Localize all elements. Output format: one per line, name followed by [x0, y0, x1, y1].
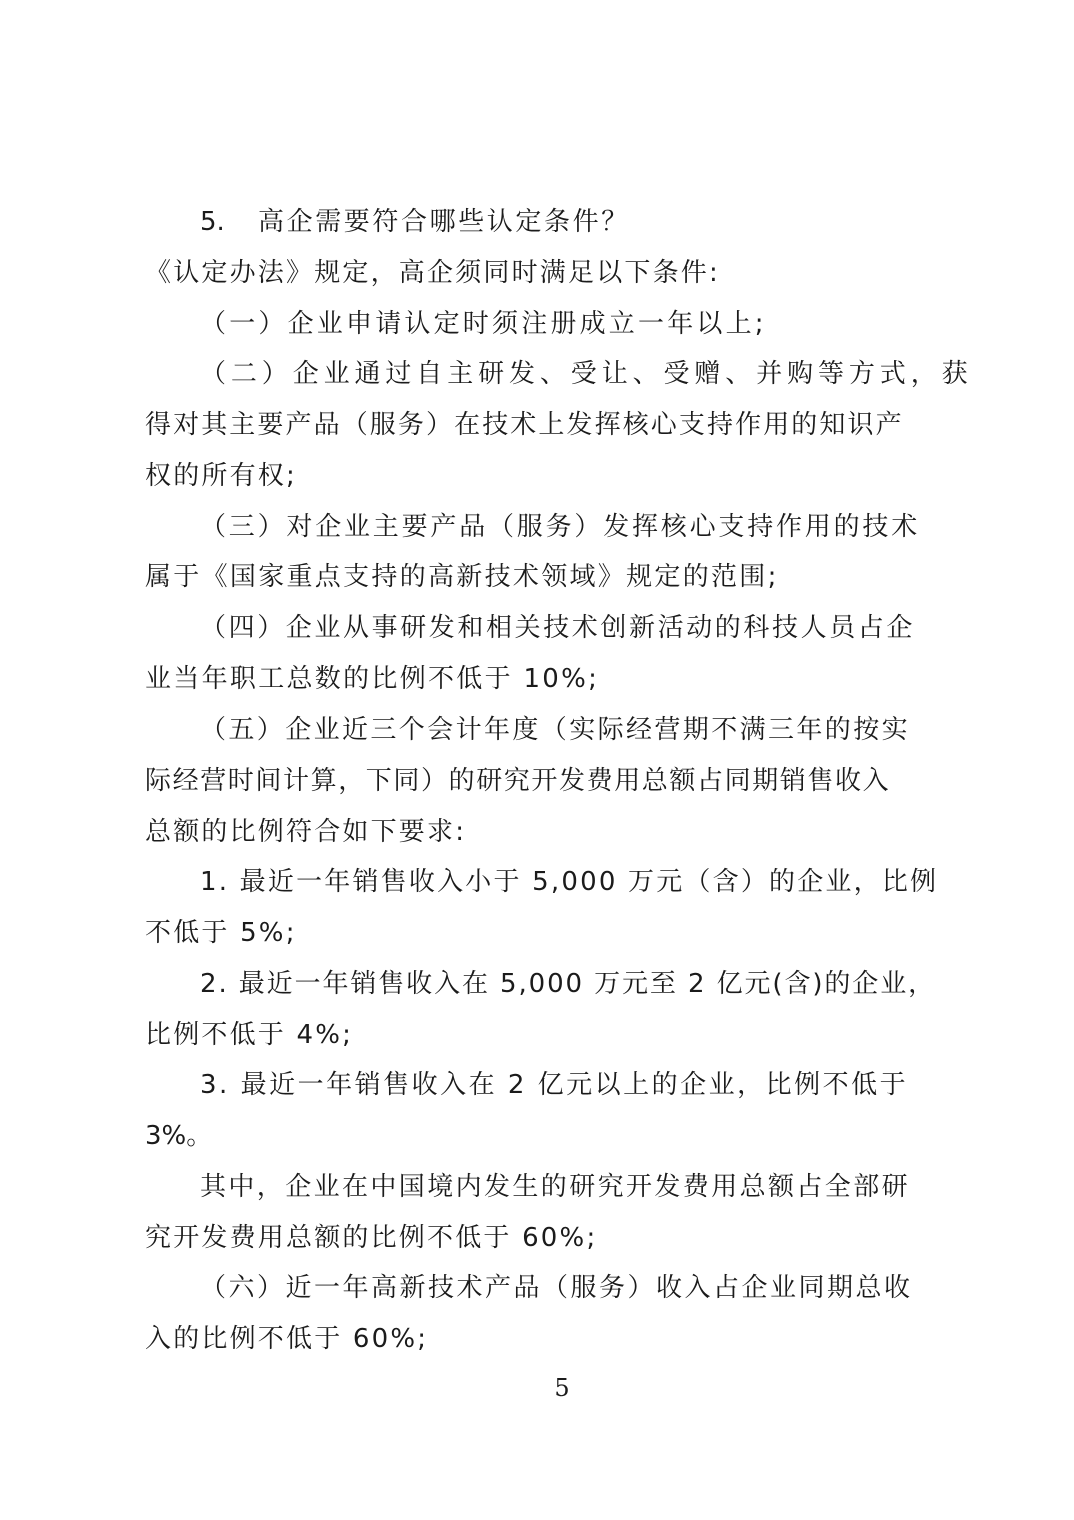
condition-5-line-1: （五）企业近三个会计年度（实际经营期不满三年的按实	[200, 713, 910, 747]
condition-6-line-2: 入的比例不低于 60%;	[145, 1322, 428, 1356]
condition-6-line-1: （六）近一年高新技术产品（服务）收入占企业同期总收	[200, 1271, 913, 1305]
condition-3-line-2: 属于《国家重点支持的高新技术领域》规定的范围;	[145, 560, 779, 594]
subitem-3-line-2: 3%。	[145, 1119, 212, 1153]
intro-paragraph: 《认定办法》规定，高企须同时满足以下条件:	[145, 256, 720, 290]
condition-2-line-2: 得对其主要产品（服务）在技术上发挥核心支持作用的知识产	[145, 408, 904, 442]
heading-number: 5.	[200, 205, 258, 239]
condition-1: （一）企业申请认定时须注册成立一年以上;	[200, 307, 767, 341]
document-page: 5.高企需要符合哪些认定条件？ 《认定办法》规定，高企须同时满足以下条件: （一…	[0, 0, 1074, 1520]
condition-2-line-3: 权的所有权;	[145, 459, 297, 493]
condition-4-line-1: （四）企业从事研发和相关技术创新活动的科技人员占企	[200, 611, 915, 645]
condition-5-line-3: 总额的比例符合如下要求:	[145, 815, 466, 849]
page-number: 5	[0, 1374, 1074, 1402]
subitem-1-line-2: 不低于 5%;	[145, 916, 297, 950]
condition-5-line-2: 际经营时间计算，下同）的研究开发费用总额占同期销售收入	[145, 764, 890, 798]
domestic-rd-line-1: 其中，企业在中国境内发生的研究开发费用总额占全部研	[200, 1170, 910, 1204]
domestic-rd-line-2: 究开发费用总额的比例不低于 60%;	[145, 1221, 597, 1255]
subitem-2-line-2: 比例不低于 4%;	[145, 1018, 353, 1052]
condition-2-line-1: （二）企业通过自主研发、受让、受赠、并购等方式，获	[200, 357, 918, 391]
subitem-1-line-1: 1. 最近一年销售收入小于 5,000 万元（含）的企业，比例	[200, 865, 938, 899]
condition-3-line-1: （三）对企业主要产品（服务）发挥核心支持作用的技术	[200, 510, 920, 544]
heading-title: 高企需要符合哪些认定条件？	[258, 207, 630, 237]
condition-4-line-2: 业当年职工总数的比例不低于 10%;	[145, 662, 599, 696]
subitem-2-line-1: 2. 最近一年销售收入在 5,000 万元至 2 亿元(含)的企业，	[200, 967, 936, 1001]
subitem-3-line-1: 3. 最近一年销售收入在 2 亿元以上的企业，比例不低于	[200, 1068, 908, 1102]
section-heading: 5.高企需要符合哪些认定条件？	[200, 205, 630, 239]
